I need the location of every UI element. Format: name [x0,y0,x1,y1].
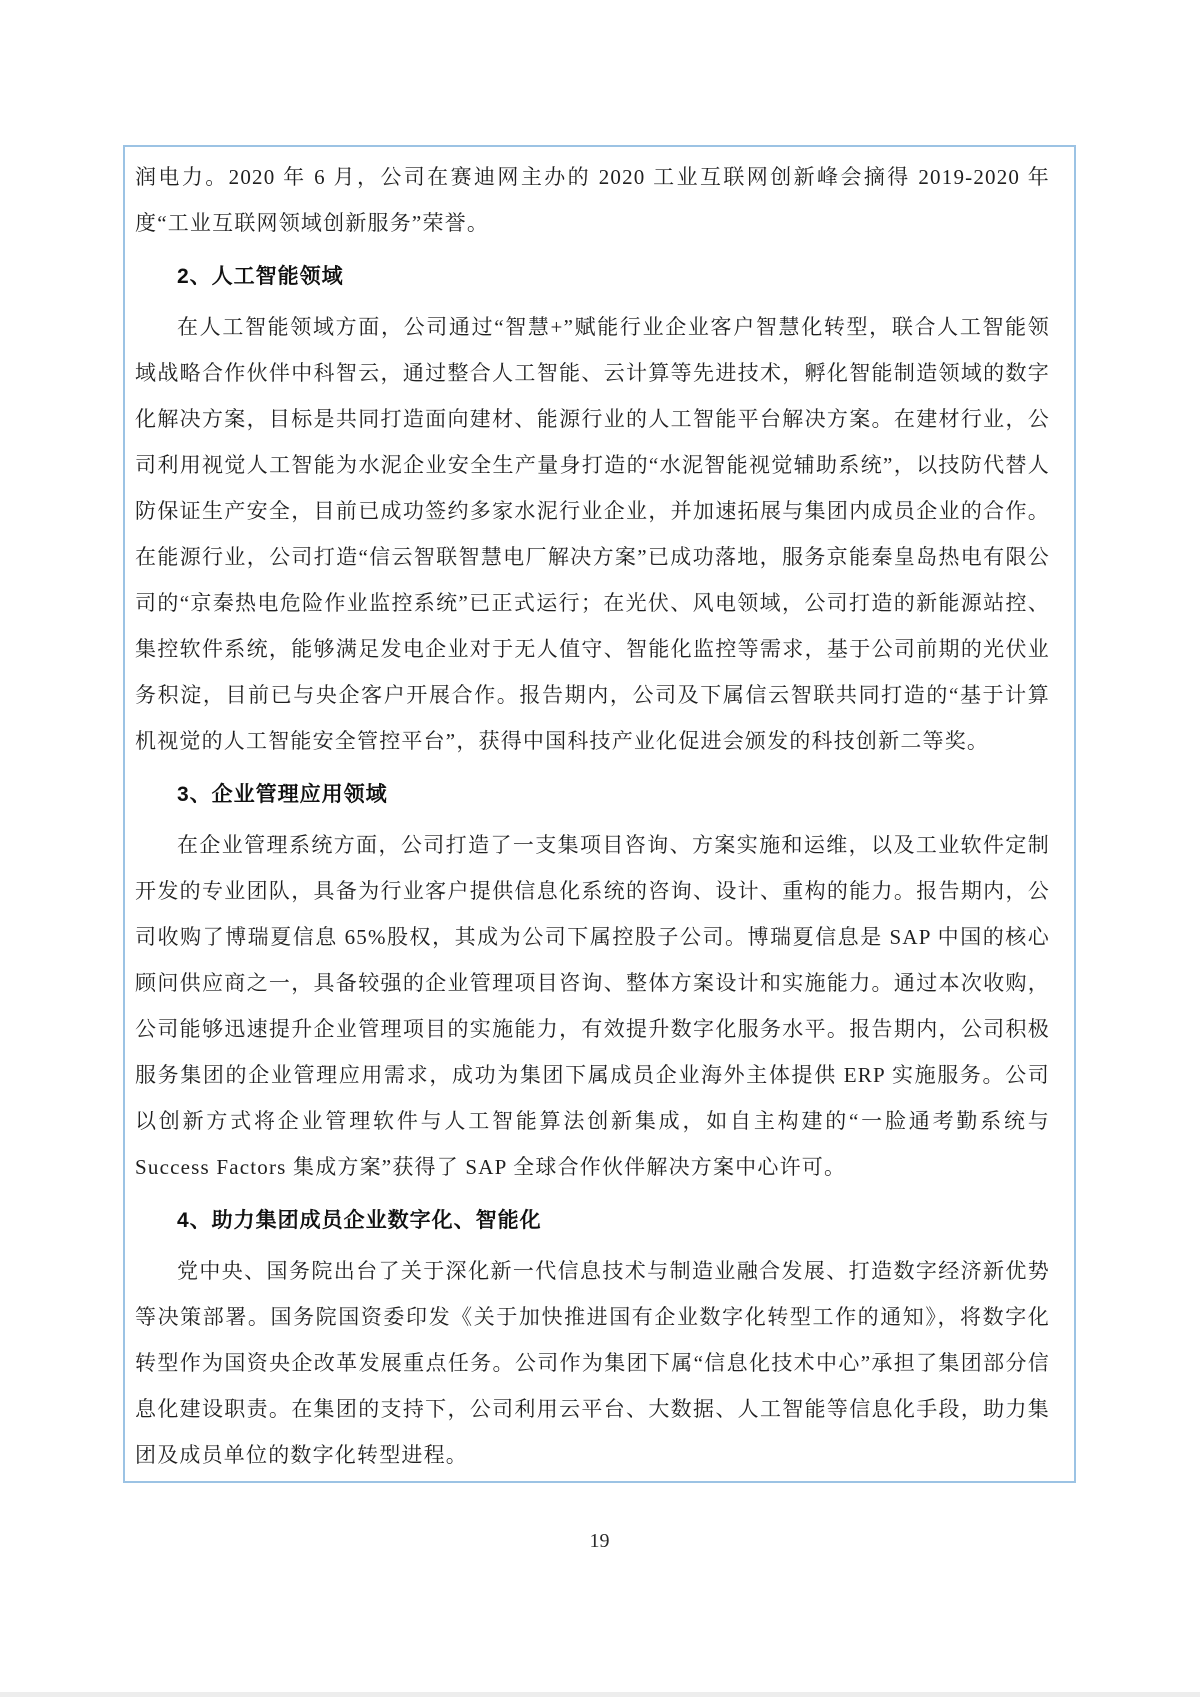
content-border-box: 润电力。2020 年 6 月，公司在赛迪网主办的 2020 工业互联网创新峰会摘… [123,145,1076,1483]
paragraph-enterprise-management: 在企业管理系统方面，公司打造了一支集项目咨询、方案实施和运维，以及工业软件定制开… [135,822,1050,1190]
paragraph-ai-domain: 在人工智能领域方面，公司通过“智慧+”赋能行业企业客户智慧化转型，联合人工智能领… [135,304,1050,764]
document-page: { "page": { "background_color": "#ffffff… [0,0,1200,1697]
heading-group-digitalization: 4、助力集团成员企业数字化、智能化 [135,1198,1050,1244]
paragraph-industrial-internet-award: 润电力。2020 年 6 月，公司在赛迪网主办的 2020 工业互联网创新峰会摘… [135,154,1050,246]
heading-enterprise-management: 3、企业管理应用领域 [135,772,1050,818]
page-bottom-edge [0,1692,1200,1697]
paragraph-group-digitalization: 党中央、国务院出台了关于深化新一代信息技术与制造业融合发展、打造数字经济新优势等… [135,1248,1050,1478]
heading-ai-domain: 2、人工智能领域 [135,254,1050,300]
page-number: 19 [123,1530,1076,1553]
